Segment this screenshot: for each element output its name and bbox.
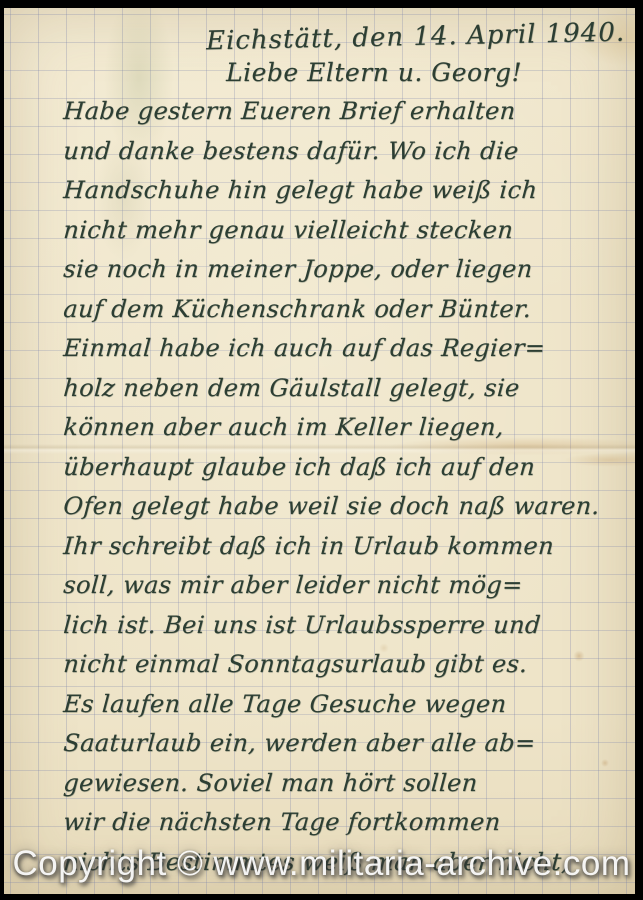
letter-page: Eichstätt, den 14. April 1940. Liebe Elt…: [4, 8, 635, 894]
handwriting-line: sie noch in meiner Joppe, oder liegen: [62, 250, 625, 290]
handwriting-line: Es laufen alle Tage Gesuche wegen: [62, 685, 625, 725]
handwriting-line: soll, was mir aber leider nicht mög=: [62, 566, 625, 606]
salutation: Liebe Eltern u. Georg!: [226, 58, 522, 87]
letter-body: Habe gestern Eueren Brief erhalten und d…: [62, 92, 622, 882]
handwriting-line: Saaturlaub ein, werden aber alle ab=: [62, 724, 625, 764]
handwriting-line: nicht mehr genau vielleicht stecken: [62, 211, 625, 251]
handwriting-line: Ofen gelegt habe weil sie doch naß waren…: [62, 487, 625, 527]
handwriting-line: Ihr schreibt daß ich in Urlaub kommen: [62, 527, 625, 567]
handwriting-line: und danke bestens dafür. Wo ich die: [62, 132, 625, 172]
handwriting-line: wir die nächsten Tage fortkommen: [62, 803, 625, 843]
handwriting-line: gewiesen. Soviel man hört sollen: [62, 764, 625, 804]
handwriting-line: Einmal habe ich auch auf das Regier=: [62, 329, 625, 369]
copyright-watermark: Copyright © www.militaria-archive.com: [0, 844, 643, 884]
handwriting-line: nicht einmal Sonntagsurlaub gibt es.: [62, 645, 625, 685]
handwriting-line: Handschuhe hin gelegt habe weiß ich: [62, 171, 625, 211]
handwriting-line: holz neben dem Gäulstall gelegt, sie: [62, 369, 625, 409]
handwriting-line: lich ist. Bei uns ist Urlaubssperre und: [62, 606, 625, 646]
handwriting-line: Habe gestern Eueren Brief erhalten: [62, 92, 625, 132]
handwriting-line: auf dem Küchenschrank oder Bünter.: [62, 290, 625, 330]
letter-scan: Eichstätt, den 14. April 1940. Liebe Elt…: [0, 0, 643, 900]
handwriting-line: überhaupt glaube ich daß ich auf den: [62, 448, 625, 488]
handwriting-line: können aber auch im Keller liegen,: [62, 408, 625, 448]
